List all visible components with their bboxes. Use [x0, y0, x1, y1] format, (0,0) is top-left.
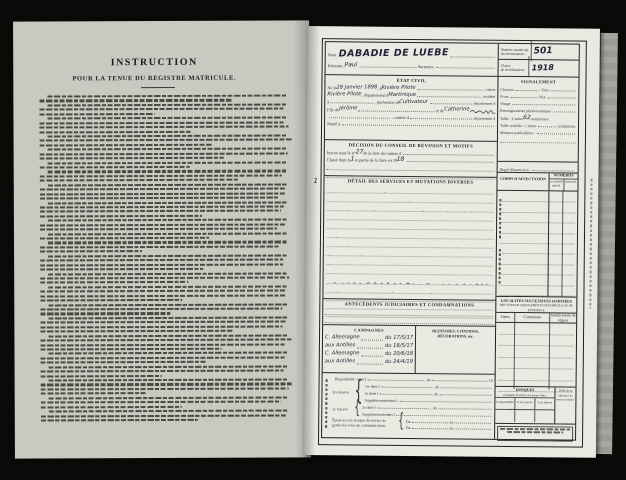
text-line: [40, 205, 284, 208]
text-line: [39, 108, 283, 111]
campagne-name: C. Allemagne: [325, 336, 360, 341]
footnote-box: [495, 423, 575, 440]
text-line: [47, 103, 286, 106]
communes-col-header: Communes: [514, 313, 549, 322]
marie-label: Marié à: [327, 121, 340, 126]
fils-de-label: Fils de: [327, 107, 339, 112]
date-liberation-col: DATE de la libération du service militai…: [555, 387, 575, 403]
epoques-table: ÉPOQUES auxquelles l'homme doit passer d…: [495, 386, 575, 424]
dans-l-label: dans l: [386, 413, 395, 417]
residant-label: , résidant: [481, 95, 495, 99]
text-line: [40, 245, 280, 248]
numero-value: 501: [534, 47, 553, 56]
text-line: [41, 414, 286, 417]
text-line: [41, 392, 146, 395]
text-line: [40, 157, 224, 160]
text-line: [49, 410, 288, 413]
cheveux-label: Cheveux: [500, 87, 514, 91]
blank-ruled-row: [499, 254, 575, 265]
scanned-register-spread: { "left_page": { "title": "INSTRUCTION",…: [0, 0, 626, 480]
text-line: [40, 166, 190, 169]
taille-label: Taille : 1 mètre: [500, 116, 523, 120]
rotated-label: [499, 249, 501, 285]
canton-value: Rivière Pilote: [327, 92, 361, 97]
localites-table: LOCALITÉS SUCCESSIVES HABITÉES PAR SUITE…: [496, 296, 577, 387]
text-line: [40, 192, 285, 195]
subdivisions-col-header: Subdivisions de région: [549, 314, 576, 323]
r2-row1-label: 2e dans l: [362, 406, 376, 410]
dust-speck: [441, 22, 445, 25]
campagnes-box: CAMPAGNES C. Allemagne du 17/5/17 aux An…: [323, 325, 415, 374]
nez-label: Nez: [539, 95, 545, 99]
du-label: Du: [406, 419, 411, 423]
partie-num-value: 1: [351, 157, 355, 163]
epreuves-label-2: garde des voies de communication.: [332, 423, 398, 428]
text-line: [49, 378, 288, 381]
dotted-leader: [554, 111, 574, 112]
campagne-name: aux Antilles: [325, 344, 355, 349]
text-line: [48, 219, 287, 222]
text-line: [40, 268, 203, 271]
text-line: [41, 401, 281, 404]
canton-label: canton: [485, 88, 495, 92]
a2-label: à: [327, 100, 329, 105]
dust-speck: [437, 466, 439, 468]
corps-affectation-table: CORPS D'AFFECTATION NUMÉROS au contrôle …: [496, 172, 577, 297]
pere-value: Jérôme: [339, 107, 357, 112]
blank-ruled-row: [498, 285, 574, 296]
campagne-date: du 17/5/17: [385, 336, 413, 341]
campagne-name: aux Antilles: [325, 359, 355, 364]
au-label: au: [450, 420, 454, 424]
blank-dotted-row: [500, 134, 576, 143]
text-line: [40, 276, 289, 279]
cm-label: centimètres.: [558, 124, 576, 128]
blank-ruled-row: [499, 192, 575, 203]
text-line: [41, 370, 284, 373]
campagne-date: du 20/6/18: [385, 352, 413, 357]
campagne-name: C. Allemagne: [325, 352, 360, 357]
reserve1-label: 1re réserve: [332, 390, 354, 394]
text-line: [40, 139, 292, 142]
dotted-leader: [437, 67, 494, 69]
dotted-leader: [412, 428, 448, 429]
handwriting-squiggle: [469, 106, 495, 113]
text-line: [48, 334, 287, 337]
classe-mobilisation-cell: Classe de mobilisation : | 1918: [499, 60, 579, 78]
partie-label: re partie de la liste en 19: [355, 158, 397, 163]
blank-ruled-row: [499, 265, 575, 276]
decompte-section: Disponibilité : dans l , du 19 1re réser…: [322, 372, 495, 439]
surnoms-label: Surnoms :: [418, 64, 436, 69]
brace: {: [398, 414, 404, 433]
supp-label: Supplémentaire: [362, 413, 386, 417]
text-line: [40, 144, 212, 147]
text-line: [47, 117, 286, 120]
blank-ruled-row: [498, 358, 574, 370]
text-line: [49, 365, 288, 368]
text-line: [40, 348, 221, 351]
services-section: 1 DÉTAIL DES SERVICES ET MUTATIONS DIVER…: [323, 175, 496, 300]
text-line: [40, 290, 285, 293]
text-line: [40, 197, 278, 200]
text-line: [40, 126, 289, 129]
dotted-leader: [342, 125, 494, 127]
departement-d-label: département d: [473, 117, 495, 121]
text-line: [40, 259, 283, 262]
text-line: [48, 352, 287, 355]
annee-value: 18: [397, 157, 405, 163]
numero-liste-value: 27: [356, 149, 364, 155]
text-line: [40, 343, 284, 346]
degre-instruction-cell: Degré d'instruction :: [498, 161, 578, 173]
blank-ruled-row: [499, 244, 575, 255]
text-line: [40, 179, 238, 182]
text-line: [40, 228, 277, 231]
campagne-date: du 24/4/19: [385, 360, 413, 365]
blank-ruled-row: [498, 346, 574, 358]
blessures-title-2: DÉCORATIONS, etc.: [416, 334, 495, 339]
text-line: [48, 316, 287, 319]
text-line: [48, 303, 287, 306]
margin-imprint: [590, 179, 593, 309]
text-line: [40, 174, 282, 177]
disponibilite-col: la disponibilité: [495, 398, 514, 409]
cm-label: centimètres.: [531, 117, 549, 121]
text-line: [41, 387, 289, 390]
classe-value: 1918: [531, 64, 553, 73]
classe-label-2: de mobilisation :: [501, 68, 527, 72]
blank-ruled-row: [499, 275, 575, 286]
profession-value: Cultivateur: [400, 100, 429, 105]
du-label: , du: [431, 406, 437, 410]
instruction-subtitle: POUR LA TENUE DU REGISTRE MATRICULE.: [13, 74, 295, 82]
blank-cell: [495, 410, 514, 422]
departement-label: , département d: [361, 93, 388, 98]
text-line: [40, 188, 285, 191]
matricule-page: Nom : DABADIE DE LUEBE Prénoms : Paul Su…: [304, 26, 600, 458]
text-line: [507, 431, 563, 434]
text-line: [40, 250, 142, 253]
instruction-title: INSTRUCTION: [13, 56, 295, 68]
departement-value: Martinique: [388, 93, 416, 98]
text-line: [40, 263, 283, 266]
text-line: [49, 396, 288, 399]
du-label: , du: [433, 385, 439, 389]
text-line: [39, 121, 283, 124]
dotted-leader: [515, 89, 539, 90]
text-line: [48, 201, 287, 204]
prenoms-label: Prénoms :: [328, 63, 345, 68]
text-line: [39, 113, 154, 116]
numero-matricule-cell: Numéro matricule du recrutement : | 501: [499, 44, 579, 61]
ne-le-label: Né le: [327, 85, 336, 90]
text-line: [48, 232, 287, 235]
blank-ruled-row: [498, 335, 574, 347]
etat-civil-section: ÉTAT CIVIL Né le 28 Janvier 1898 , à Riv…: [325, 75, 498, 141]
corps-title: CORPS D'AFFECTATION: [497, 173, 548, 190]
text-line: [41, 356, 285, 359]
instruction-page: INSTRUCTION POUR LA TENUE DU REGISTRE MA…: [13, 20, 311, 458]
text-line: [47, 94, 286, 97]
blank-ruled-row: [499, 223, 575, 234]
reserve2-col: la 2e réserve: [534, 398, 554, 409]
margin-mark: 1: [313, 178, 318, 185]
divider-rule: [141, 87, 175, 88]
dotted-leader: [538, 126, 556, 127]
text-line: [48, 161, 287, 164]
dates-col-header: Dates: [496, 313, 514, 322]
text-line: [40, 281, 188, 284]
brace: {: [354, 400, 360, 419]
text-line: [48, 148, 287, 151]
text-line: [48, 241, 287, 244]
text-line: [40, 321, 286, 324]
rotated-label: [325, 379, 327, 429]
text-line: [48, 134, 287, 137]
text-line: [40, 223, 285, 226]
blank-cell: [514, 410, 534, 422]
text-line: [41, 406, 182, 409]
text-line: [48, 254, 287, 257]
campagne-date: du 18/5/17: [385, 344, 413, 349]
classe-label: Classé dans la: [327, 157, 351, 162]
epoques-subtitle: auxquelles l'homme doit passer dans :: [495, 392, 554, 397]
marques-label: Marques particulières :: [500, 130, 535, 134]
blank-ruled-row: [499, 202, 575, 213]
dotted-leader: [361, 339, 383, 340]
dust-speck: [247, 470, 250, 472]
birth-date-value: 28 Janvier 1898: [337, 85, 378, 91]
brace: |: [527, 58, 531, 79]
du-label: Du: [406, 426, 411, 430]
antecedents-section: ANTÉCÉDENTS JUDICIAIRES ET CONDAMNATIONS: [323, 298, 495, 326]
text-line: [41, 375, 162, 378]
r1-row1-label: 1re dans l: [365, 385, 380, 389]
text-line: [40, 299, 182, 302]
dotted-leader: [361, 355, 383, 356]
blessures-box: BLESSURES, CITATIONS, DÉCORATIONS, etc.: [415, 326, 495, 375]
text-line: [48, 285, 287, 288]
renseignements-label: Renseignements physionomiques :: [500, 108, 553, 113]
text-line: [40, 330, 232, 333]
prenoms-value: Paul: [345, 62, 358, 68]
numeros-header: NUMÉROS: [550, 173, 578, 178]
text-line: [41, 383, 292, 386]
au-label: au: [450, 426, 454, 430]
blank-ruled-row: [499, 233, 575, 244]
text-line: [41, 419, 198, 422]
text-line: [40, 130, 191, 133]
text-line: [48, 183, 287, 186]
matricule-header: matricule: [563, 179, 578, 190]
text-line: [48, 170, 287, 173]
yeux-label: Yeux: [541, 88, 549, 92]
text-line: [40, 215, 202, 218]
blank-dotted-row: [325, 315, 493, 325]
footnote-inner: [497, 425, 573, 441]
text-line: [40, 312, 170, 315]
signalement-section: SIGNALEMENT Cheveux Yeux Front Nez Visag…: [498, 77, 579, 162]
text-line: [40, 152, 288, 155]
text-line: [48, 272, 287, 275]
reserve1-col: la 1re réserve: [514, 398, 534, 409]
birth-place-value: Rivière Pilote: [382, 85, 416, 90]
text-line: [40, 307, 282, 310]
identity-header: Nom : DABADIE DE LUEBE Prénoms : Paul Su…: [326, 42, 498, 77]
blank-cell: [534, 410, 554, 422]
text-line: [40, 339, 291, 342]
matricule-form-inner: Nom : DABADIE DE LUEBE Prénoms : Paul Su…: [321, 41, 580, 440]
liste-label: de la liste du canton d: [363, 150, 401, 155]
mere-value: Catherine: [444, 108, 469, 113]
dust-speck: [286, 17, 289, 19]
du-label: , du: [432, 392, 438, 396]
campagnes-band: CAMPAGNES C. Allemagne du 17/5/17 aux An…: [323, 324, 495, 374]
nom-value: DABADIE DE LUEBE: [339, 48, 449, 59]
text-line: [40, 210, 281, 213]
text-line: [40, 294, 285, 297]
canton-d-label: , canton d: [392, 115, 409, 120]
text-line: [40, 325, 282, 328]
dust-speck: [9, 10, 14, 15]
dotted-leader: [359, 66, 416, 68]
taille-value: 62: [523, 115, 531, 121]
front-label: Front: [500, 94, 508, 98]
taille-rectifiee-label: Taille rectifiée : 1 mètre: [500, 123, 536, 127]
r1-row2-label: 2e dans l: [365, 392, 379, 396]
visage-label: Visage: [500, 101, 510, 105]
rotated-label: [499, 199, 501, 239]
form-right-column: Numéro matricule du recrutement : | 501 …: [494, 44, 579, 440]
text-line: [41, 361, 207, 364]
blank-ruled-row: [498, 323, 574, 335]
text-line: [39, 99, 231, 102]
nom-label: Nom :: [328, 52, 339, 57]
instruction-body: [39, 94, 293, 440]
form-left-column: Nom : DABADIE DE LUEBE Prénoms : Paul Su…: [322, 42, 498, 439]
controle-special-header: au contrôle spécial: [549, 179, 563, 190]
decision-section: DÉCISION DU CONSEIL DE RÉVISION ET MOTIF…: [325, 139, 497, 177]
dotted-leader: [551, 90, 575, 91]
dotted-leader: [455, 428, 491, 429]
matricule-form: Nom : DABADIE DE LUEBE Prénoms : Paul Su…: [318, 38, 587, 448]
et-de-label: et de: [436, 108, 444, 113]
blank-ruled-row: [499, 213, 575, 224]
blank-ruled-row: [498, 369, 574, 381]
text-line: [40, 237, 209, 240]
text-line: [500, 427, 570, 430]
numero-label-2: du recrutement :: [501, 51, 529, 55]
profession-label: , profession de: [374, 100, 399, 105]
reserve2-label: 2e réserve: [332, 407, 354, 411]
